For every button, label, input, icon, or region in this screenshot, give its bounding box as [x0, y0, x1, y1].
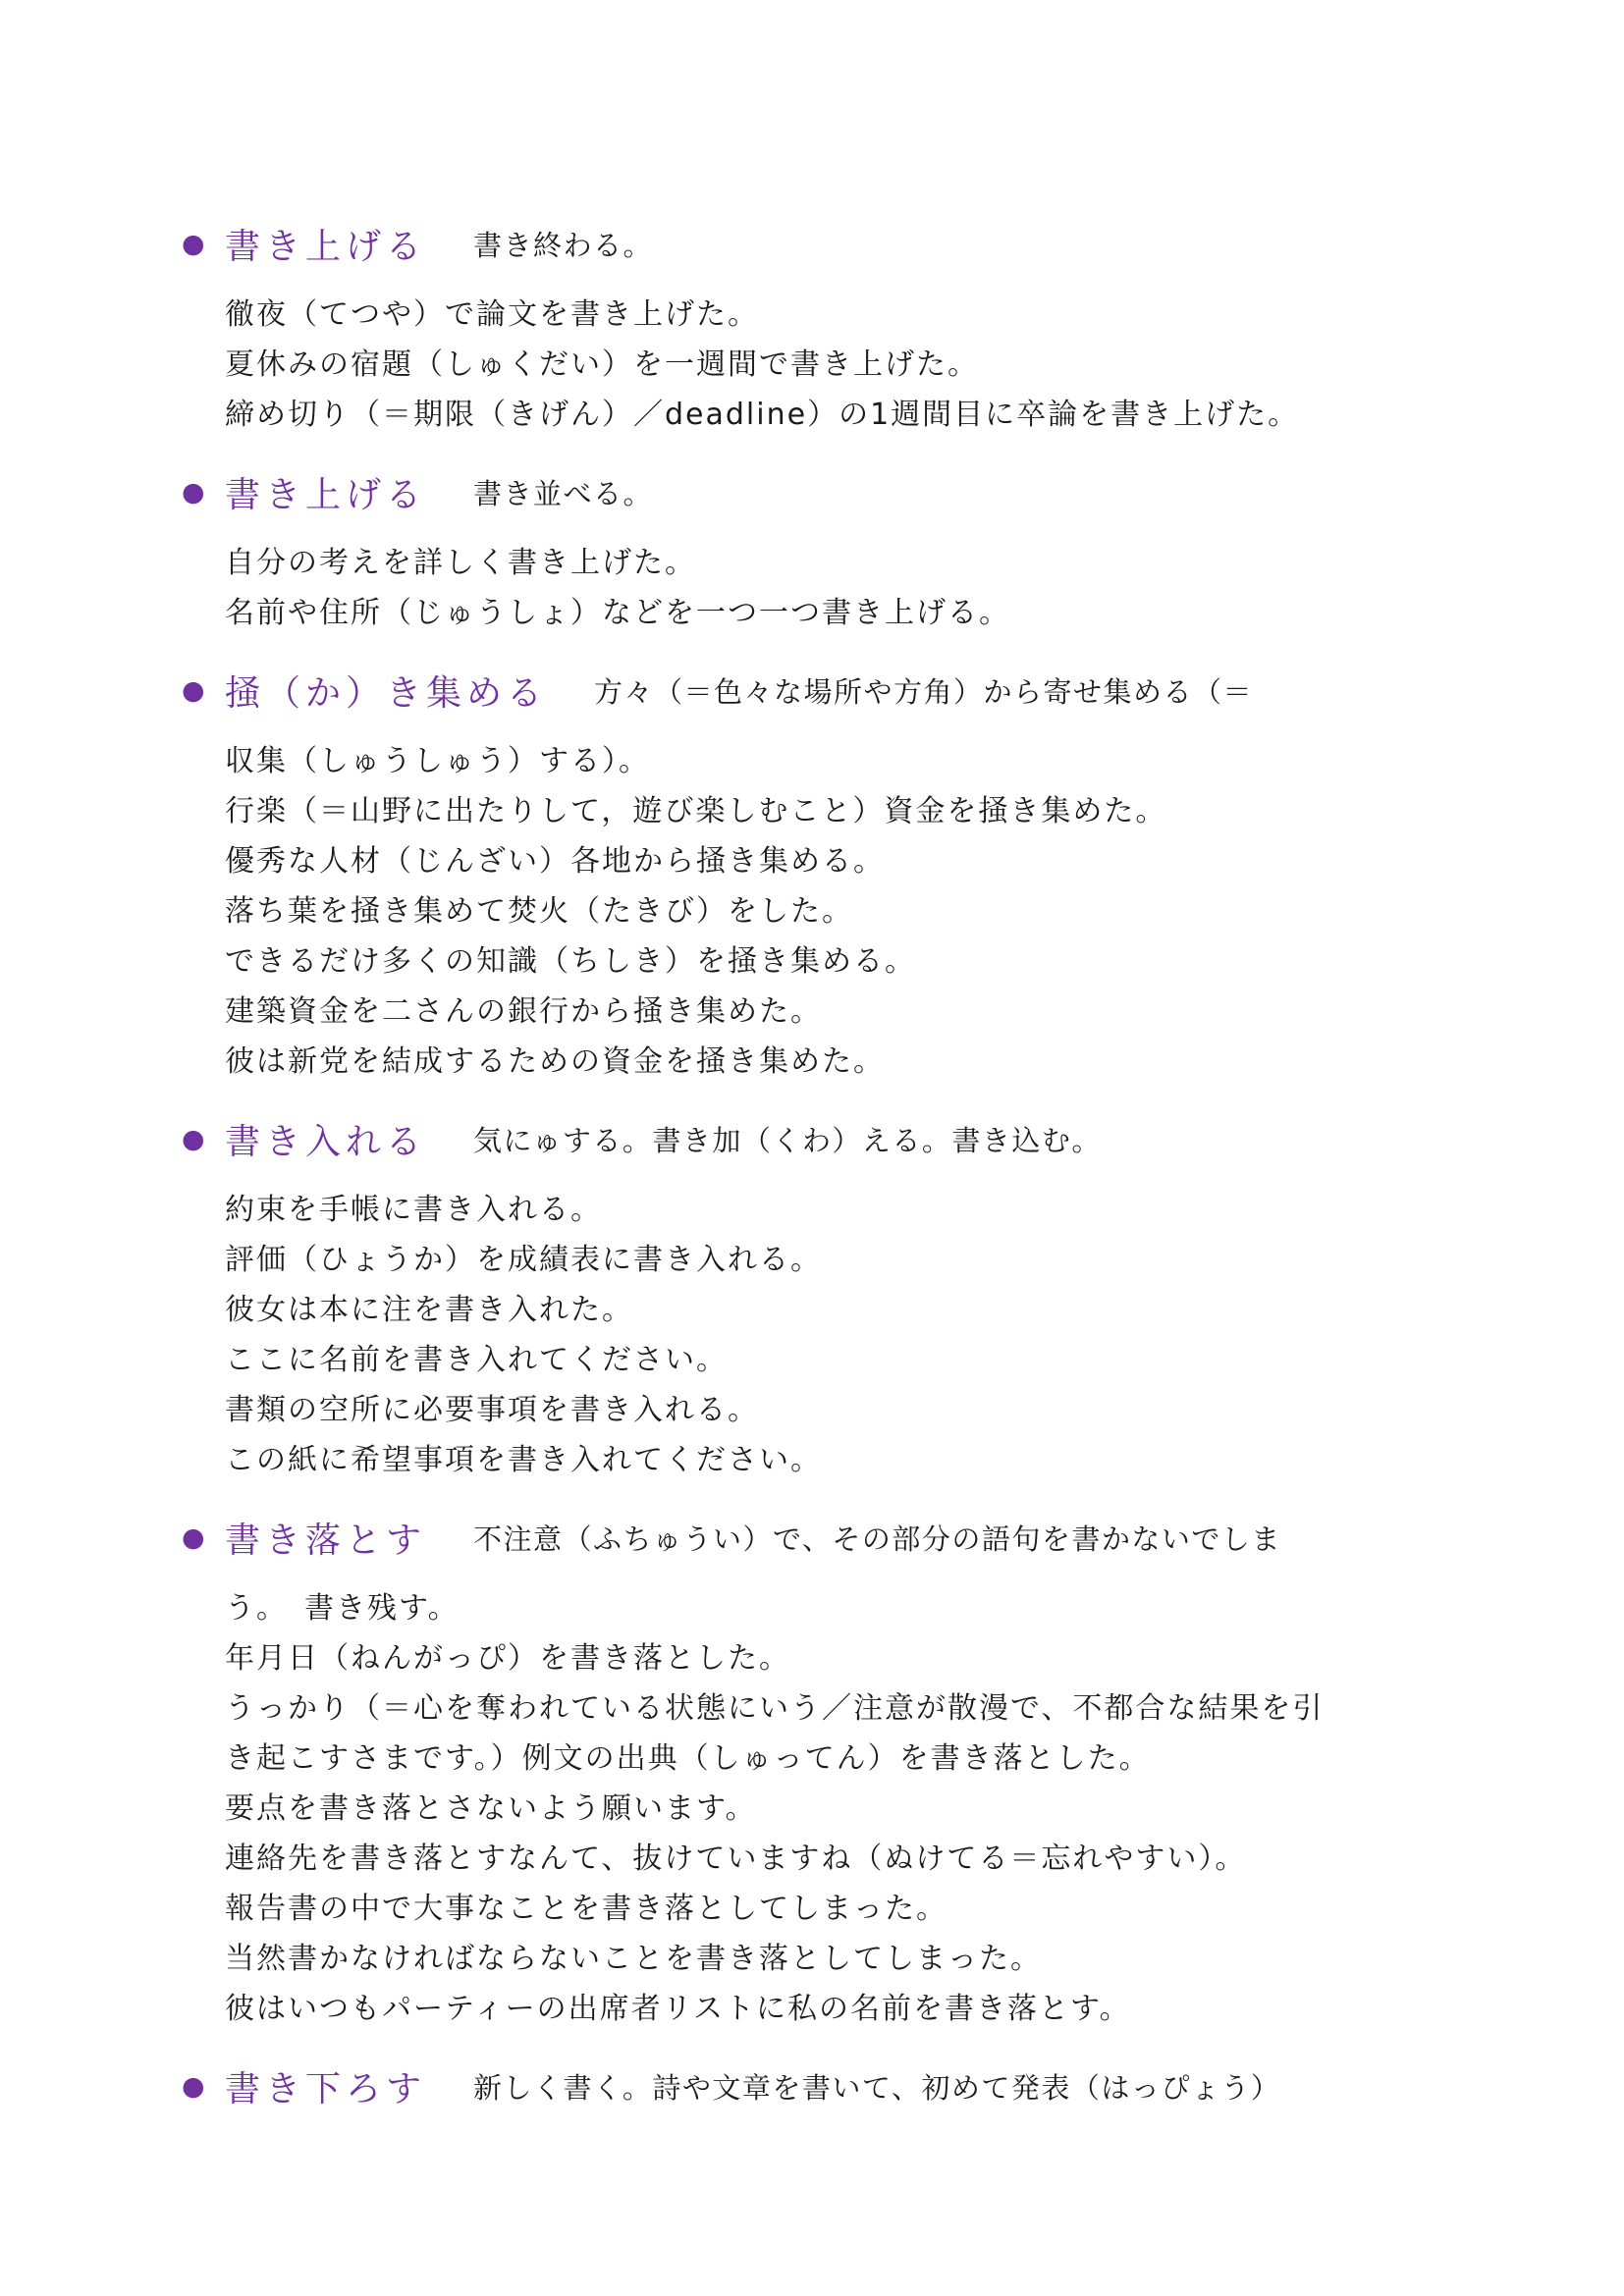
example-line: 連絡先を書き落とすなんて、抜けていますね（ぬけてる＝忘れやすい）。 [225, 1834, 1496, 1884]
example-line: 約束を手帳に書き入れる。 [225, 1185, 1496, 1235]
entry-headline: ●書き上げる書き終わる。 [182, 218, 1496, 269]
example-line: この紙に希望事項を書き入れてください。 [225, 1435, 1496, 1485]
entry-headline: ●書き入れる気にゅする。書き加（くわ）える。書き込む。 [182, 1113, 1496, 1164]
entry-definition: 新しく書く。詩や文章を書いて、初めて発表（はっぴょう） [473, 2066, 1280, 2107]
entry-term: 書き入れる [225, 1114, 426, 1164]
example-line: ここに名前を書き入れてください。 [225, 1335, 1496, 1385]
example-line: 彼女は本に注を書き入れた。 [225, 1285, 1496, 1335]
entry-example-lines: う。 書き残す。年月日（ねんがっぴ）を書き落とした。うっかり（＝心を奪われている… [225, 1583, 1496, 2034]
example-line: 彼はいつもパーティーの出席者リストに私の名前を書き落とす。 [225, 1984, 1496, 2034]
entry-headline: ●掻（か）き集める方々（＝色々な場所や方角）から寄せ集める（＝ [182, 665, 1496, 716]
example-line: 徹夜（てつや）で論文を書き上げた。 [225, 290, 1496, 340]
example-line: 当然書かなければならないことを書き落としてしまった。 [225, 1934, 1496, 1984]
entry-example-lines: 自分の考えを詳しく書き上げた。名前や住所（じゅうしょ）などを一つ一つ書き上げる。 [225, 538, 1496, 638]
entry-term: 書き落とす [225, 1513, 426, 1563]
example-line: 報告書の中で大事なことを書き落としてしまった。 [225, 1884, 1496, 1934]
entry-example-lines: 約束を手帳に書き入れる。評価（ひょうか）を成績表に書き入れる。彼女は本に注を書き… [225, 1185, 1496, 1485]
entry-term: 掻（か）き集める [225, 666, 547, 716]
example-line: 夏休みの宿題（しゅくだい）を一週間で書き上げた。 [225, 340, 1496, 390]
example-line: 彼は新党を結成するための資金を掻き集めた。 [225, 1037, 1496, 1087]
example-line: うっかり（＝心を奪われている状態にいう／注意が散漫で、不都合な結果を引 [225, 1683, 1496, 1734]
bullet-icon: ● [182, 677, 225, 704]
entry-definition: 書き並べる。 [473, 472, 653, 512]
entry-example-lines: 収集（しゅうしゅう）する）。行楽（＝山野に出たりして，遊び楽しむこと）資金を掻き… [225, 736, 1496, 1087]
bullet-icon: ● [182, 2073, 225, 2100]
vocab-entry: ●書き上げる書き終わる。徹夜（てつや）で論文を書き上げた。夏休みの宿題（しゅくだ… [182, 218, 1496, 440]
entry-definition: 不注意（ふちゅうい）で、その部分の語句を書かないでしま [473, 1518, 1281, 1558]
example-line: 落ち葉を掻き集めて焚火（たきび）をした。 [225, 886, 1496, 936]
example-line: 行楽（＝山野に出たりして，遊び楽しむこと）資金を掻き集めた。 [225, 786, 1496, 836]
example-line: 優秀な人材（じんざい）各地から掻き集める。 [225, 836, 1496, 886]
example-line: き起こすさまです。）例文の出典（しゅってん）を書き落とした。 [225, 1734, 1496, 1784]
entry-definition: 方々（＝色々な場所や方角）から寄せ集める（＝ [594, 670, 1253, 711]
bullet-icon: ● [182, 479, 225, 506]
example-line: できるだけ多くの知識（ちしき）を掻き集める。 [225, 936, 1496, 987]
bullet-icon: ● [182, 231, 225, 257]
example-line: 名前や住所（じゅうしょ）などを一つ一つ書き上げる。 [225, 588, 1496, 638]
entries-list: ●書き上げる書き終わる。徹夜（てつや）で論文を書き上げた。夏休みの宿題（しゅくだ… [182, 218, 1496, 2111]
example-line: う。 書き残す。 [225, 1583, 1496, 1633]
vocab-entry: ●書き下ろす新しく書く。詩や文章を書いて、初めて発表（はっぴょう） [182, 2060, 1496, 2111]
example-line: 要点を書き落とさないよう願います。 [225, 1784, 1496, 1834]
example-line: 書類の空所に必要事項を書き入れる。 [225, 1385, 1496, 1435]
entry-headline: ●書き下ろす新しく書く。詩や文章を書いて、初めて発表（はっぴょう） [182, 2060, 1496, 2111]
entry-headline: ●書き落とす不注意（ふちゅうい）で、その部分の語句を書かないでしま [182, 1512, 1496, 1563]
example-line: 年月日（ねんがっぴ）を書き落とした。 [225, 1633, 1496, 1683]
example-line: 建築資金を二さんの銀行から掻き集めた。 [225, 987, 1496, 1037]
document-page: ●書き上げる書き終わる。徹夜（てつや）で論文を書き上げた。夏休みの宿題（しゅくだ… [0, 0, 1624, 2296]
bullet-icon: ● [182, 1126, 225, 1152]
entry-definition: 気にゅする。書き加（くわ）える。書き込む。 [473, 1119, 1102, 1159]
example-line: 自分の考えを詳しく書き上げた。 [225, 538, 1496, 588]
entry-term: 書き下ろす [225, 2061, 426, 2111]
vocab-entry: ●書き落とす不注意（ふちゅうい）で、その部分の語句を書かないでしまう。 書き残す… [182, 1512, 1496, 2034]
vocab-entry: ●掻（か）き集める方々（＝色々な場所や方角）から寄せ集める（＝収集（しゅうしゅう… [182, 665, 1496, 1087]
entry-headline: ●書き上げる書き並べる。 [182, 466, 1496, 517]
example-line: 収集（しゅうしゅう）する）。 [225, 736, 1496, 786]
example-line: 締め切り（＝期限（きげん）／deadline）の1週間目に卒論を書き上げた。 [225, 390, 1496, 440]
example-line: 評価（ひょうか）を成績表に書き入れる。 [225, 1235, 1496, 1285]
entry-term: 書き上げる [225, 219, 426, 269]
vocab-entry: ●書き入れる気にゅする。書き加（くわ）える。書き込む。約束を手帳に書き入れる。評… [182, 1113, 1496, 1485]
entry-term: 書き上げる [225, 467, 426, 517]
entry-definition: 書き終わる。 [473, 224, 653, 264]
entry-example-lines: 徹夜（てつや）で論文を書き上げた。夏休みの宿題（しゅくだい）を一週間で書き上げた… [225, 290, 1496, 440]
bullet-icon: ● [182, 1524, 225, 1551]
vocab-entry: ●書き上げる書き並べる。自分の考えを詳しく書き上げた。名前や住所（じゅうしょ）な… [182, 466, 1496, 638]
